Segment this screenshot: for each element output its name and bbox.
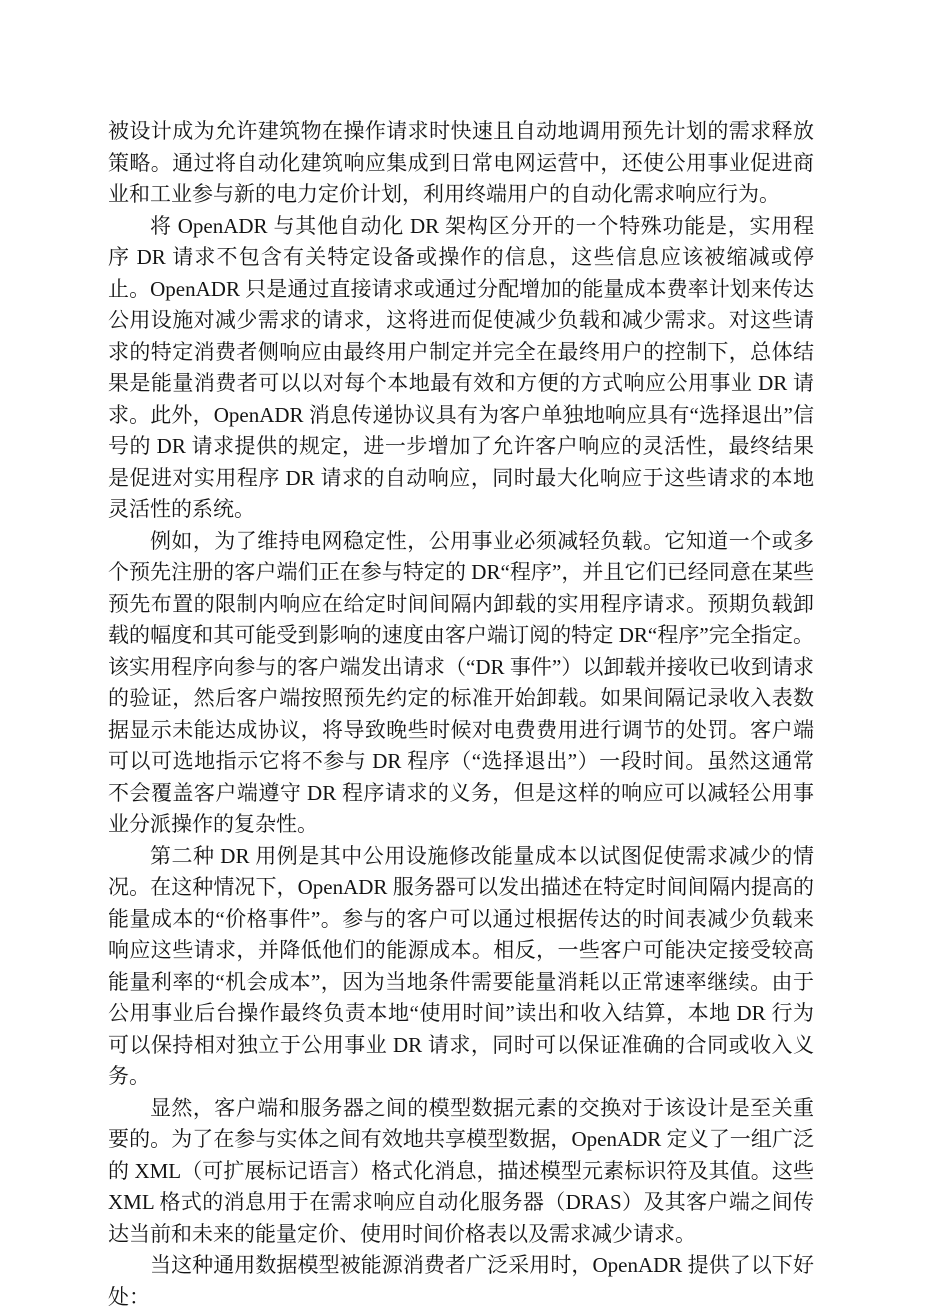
paragraph-1: 被设计成为允许建筑物在操作请求时快速且自动地调用预先计划的需求释放策略。通过将自… (108, 116, 814, 211)
paragraph-3: 例如，为了维持电网稳定性，公用事业必须减轻负载。它知道一个或多个预先注册的客户端… (108, 526, 814, 841)
paragraph-2: 将 OpenADR 与其他自动化 DR 架构区分开的一个特殊功能是，实用程序 D… (108, 211, 814, 526)
document-text-block: 被设计成为允许建筑物在操作请求时快速且自动地调用预先计划的需求释放策略。通过将自… (108, 116, 814, 1309)
paragraph-4: 第二种 DR 用例是其中公用设施修改能量成本以试图促使需求减少的情况。在这种情况… (108, 841, 814, 1093)
paragraph-5: 显然，客户端和服务器之间的模型数据元素的交换对于该设计是至关重要的。为了在参与实… (108, 1093, 814, 1251)
document-page: 被设计成为允许建筑物在操作请求时快速且自动地调用预先计划的需求释放策略。通过将自… (0, 0, 926, 1309)
paragraph-6: 当这种通用数据模型被能源消费者广泛采用时，OpenADR 提供了以下好处： (108, 1250, 814, 1309)
